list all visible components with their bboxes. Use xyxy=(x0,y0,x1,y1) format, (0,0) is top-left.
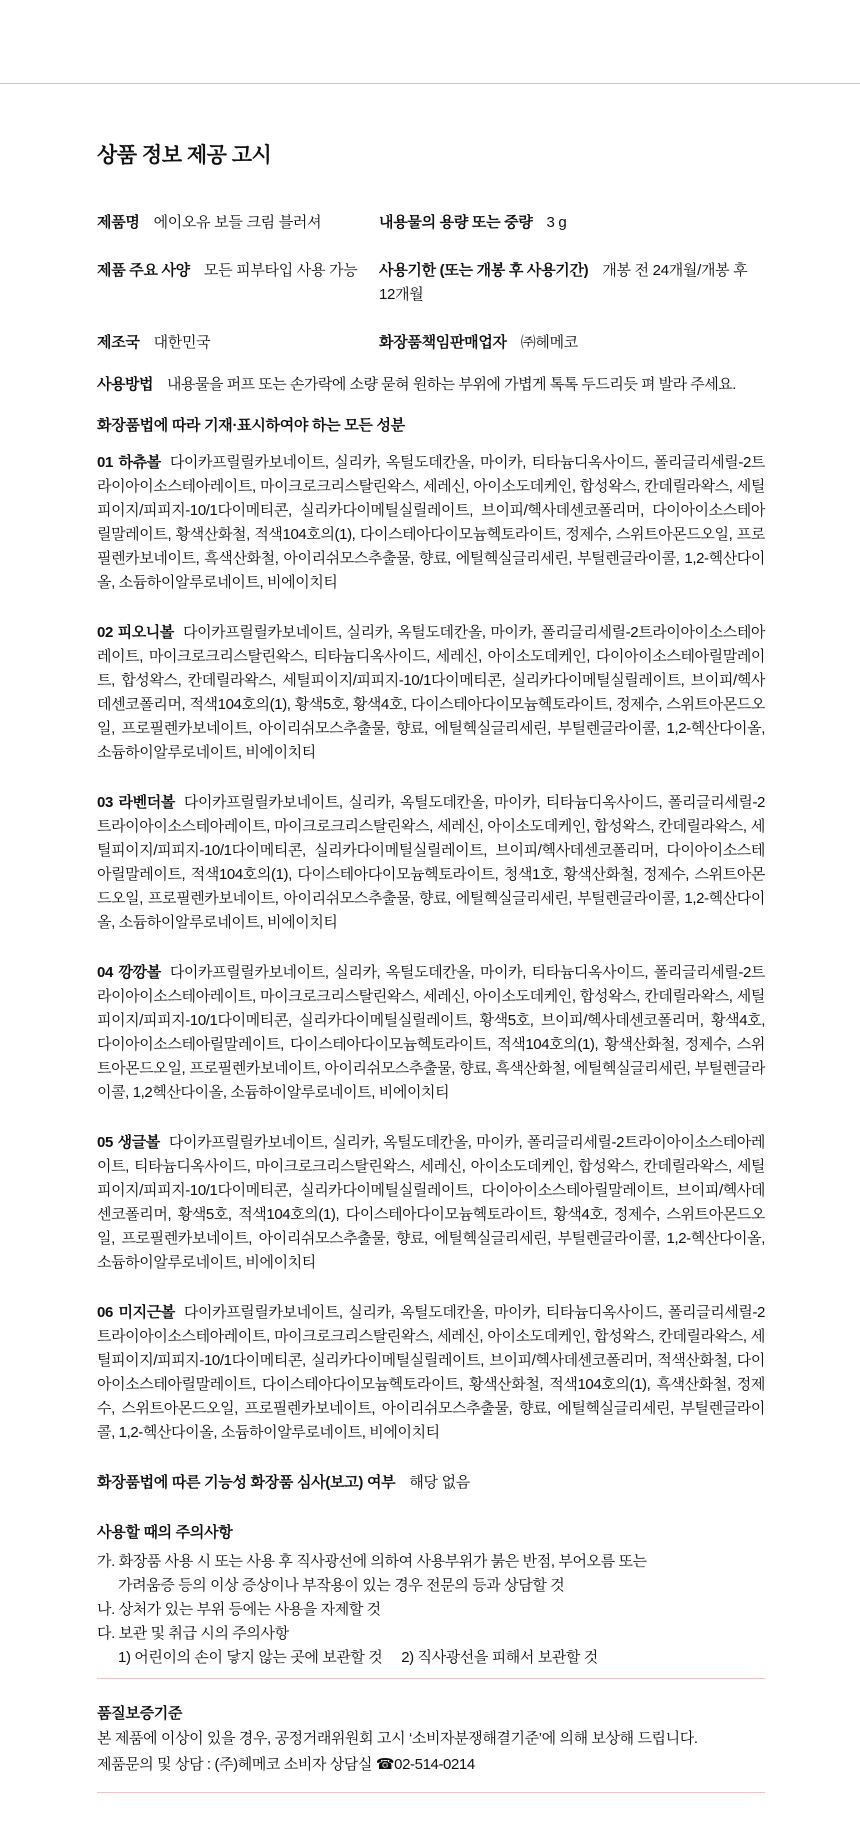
info-cell-country: 제조국대한민국 xyxy=(97,331,379,355)
warranty-text: 본 제품에 이상이 있을 경우, 공정거래위원회 고시 ‘소비자분쟁해결기준’에… xyxy=(97,1726,765,1752)
ingredient-shade-name: 06 미지근볼 xyxy=(97,1304,184,1321)
functional-review-value: 해당 없음 xyxy=(409,1474,470,1491)
notice-content: 상품 정보 제공 고시 제품명에이오유 보들 크림 블러셔 내용물의 용량 또는… xyxy=(97,0,765,1793)
usage-text: 내용물을 퍼프 또는 손가락에 소량 묻혀 원하는 부위에 가볍게 톡톡 두드리… xyxy=(167,376,736,393)
warranty-bottom-divider xyxy=(97,1792,765,1793)
info-cell-product-name: 제품명에이오유 보들 크림 블러셔 xyxy=(97,211,379,235)
info-value: 3 g xyxy=(547,214,567,231)
info-row: 제품 주요 사양모든 피부타입 사용 가능 사용기한 (또는 개봉 후 사용기간… xyxy=(97,259,765,307)
ingredient-list: 다이카프릴릴카보네이트, 실리카, 옥틸도데칸올, 마이카, 티타늄디옥사이드,… xyxy=(97,964,765,1101)
ingredient-list: 다이카프릴릴카보네이트, 실리카, 옥틸도데칸올, 마이카, 티타늄디옥사이드,… xyxy=(97,1304,765,1441)
ingredient-shade-name: 04 깡깡볼 xyxy=(97,964,170,981)
product-info-page: { "page": { "title": "상품 정보 제공 고시" }, "c… xyxy=(0,0,860,1835)
usage-label: 사용방법 xyxy=(97,376,153,393)
caution-line: 가. 화장품 사용 시 또는 사용 후 직사광선에 의하여 사용부위가 붉은 반… xyxy=(97,1550,765,1574)
ingredient-paragraph-01: 01 하츄볼다이카프릴릴카보네이트, 실리카, 옥틸도데칸올, 마이카, 티타늄… xyxy=(97,451,765,595)
ingredient-paragraph-04: 04 깡깡볼다이카프릴릴카보네이트, 실리카, 옥틸도데칸올, 마이카, 티타늄… xyxy=(97,961,765,1105)
ingredient-paragraph-03: 03 라벤더볼다이카프릴릴카보네이트, 실리카, 옥틸도데칸올, 마이카, 티타… xyxy=(97,791,765,935)
info-label: 제품명 xyxy=(97,214,140,231)
ingredients-heading: 화장품법에 따라 기재·표시하여야 하는 모든 성분 xyxy=(97,414,765,438)
warranty-body: 품질보증기준 본 제품에 이상이 있을 경우, 공정거래위원회 고시 ‘소비자분… xyxy=(97,1679,765,1792)
info-label: 사용기한 (또는 개봉 후 사용기간) xyxy=(379,262,588,279)
functional-review-row: 화장품법에 따른 기능성 화장품 심사(보고) 여부해당 없음 xyxy=(97,1471,765,1495)
info-value: 대한민국 xyxy=(154,334,211,351)
page-title: 상품 정보 제공 고시 xyxy=(97,143,765,169)
caution-line: 가려움증 등의 이상 증상이나 부작용이 있는 경우 전문의 등과 상담할 것 xyxy=(97,1574,765,1598)
info-label: 제조국 xyxy=(97,334,140,351)
info-cell-seller: 화장품책임판매업자㈜헤메코 xyxy=(379,331,765,355)
info-value: 에이오유 보들 크림 블러셔 xyxy=(154,214,322,231)
info-label: 내용물의 용량 또는 중량 xyxy=(379,214,533,231)
ingredient-list: 다이카프릴릴카보네이트, 실리카, 옥틸도데칸올, 마이카, 티타늄디옥사이드,… xyxy=(97,454,765,591)
info-label: 제품 주요 사양 xyxy=(97,262,190,279)
ingredient-shade-name: 02 피오니볼 xyxy=(97,624,183,641)
info-cell-spec: 제품 주요 사양모든 피부타입 사용 가능 xyxy=(97,259,379,307)
ingredient-paragraph-02: 02 피오니볼다이카프릴릴카보네이트, 실리카, 옥틸도데칸올, 마이카, 폴리… xyxy=(97,621,765,765)
caution-line: 다. 보관 및 취급 시의 주의사항 xyxy=(97,1622,765,1646)
info-cell-volume: 내용물의 용량 또는 중량3 g xyxy=(379,211,765,235)
warranty-section: 품질보증기준 본 제품에 이상이 있을 경우, 공정거래위원회 고시 ‘소비자분… xyxy=(97,1678,765,1793)
functional-review-label: 화장품법에 따른 기능성 화장품 심사(보고) 여부 xyxy=(97,1474,395,1491)
usage-row: 사용방법내용물을 퍼프 또는 손가락에 소량 묻혀 원하는 부위에 가볍게 톡톡… xyxy=(97,373,765,397)
caution-line: 1) 어린이의 손이 닿지 않는 곳에 보관할 것 2) 직사광선을 피해서 보… xyxy=(97,1646,765,1670)
info-row: 제품명에이오유 보들 크림 블러셔 내용물의 용량 또는 중량3 g xyxy=(97,211,765,235)
product-info-table: 제품명에이오유 보들 크림 블러셔 내용물의 용량 또는 중량3 g 제품 주요… xyxy=(97,211,765,355)
cautions-heading: 사용할 때의 주의사항 xyxy=(97,1521,765,1545)
ingredient-list: 다이카프릴릴카보네이트, 실리카, 옥틸도데칸올, 마이카, 티타늄디옥사이드,… xyxy=(97,794,765,931)
info-row: 제조국대한민국 화장품책임판매업자㈜헤메코 xyxy=(97,331,765,355)
contact-text: 제품문의 및 상담 : (주)헤메코 소비자 상담실 ☎02-514-0214 xyxy=(97,1752,765,1778)
ingredient-shade-name: 01 하츄볼 xyxy=(97,454,170,471)
caution-line: 나. 상처가 있는 부위 등에는 사용을 자제할 것 xyxy=(97,1598,765,1622)
ingredient-shade-name: 03 라벤더볼 xyxy=(97,794,184,811)
warranty-heading: 품질보증기준 xyxy=(97,1701,765,1726)
info-value: ㈜헤메코 xyxy=(521,334,578,351)
ingredient-paragraph-06: 06 미지근볼다이카프릴릴카보네이트, 실리카, 옥틸도데칸올, 마이카, 티타… xyxy=(97,1301,765,1445)
info-label: 화장품책임판매업자 xyxy=(379,334,507,351)
ingredient-list: 다이카프릴릴카보네이트, 실리카, 옥틸도데칸올, 마이카, 폴리글리세릴-2트… xyxy=(97,1134,765,1271)
ingredient-paragraph-05: 05 생글볼다이카프릴릴카보네이트, 실리카, 옥틸도데칸올, 마이카, 폴리글… xyxy=(97,1131,765,1275)
info-cell-expiry: 사용기한 (또는 개봉 후 사용기간)개봉 전 24개월/개봉 후 12개월 xyxy=(379,259,765,307)
ingredient-list: 다이카프릴릴카보네이트, 실리카, 옥틸도데칸올, 마이카, 폴리글리세릴-2트… xyxy=(97,624,765,761)
ingredient-shade-name: 05 생글볼 xyxy=(97,1134,169,1151)
info-value: 모든 피부타입 사용 가능 xyxy=(204,262,358,279)
